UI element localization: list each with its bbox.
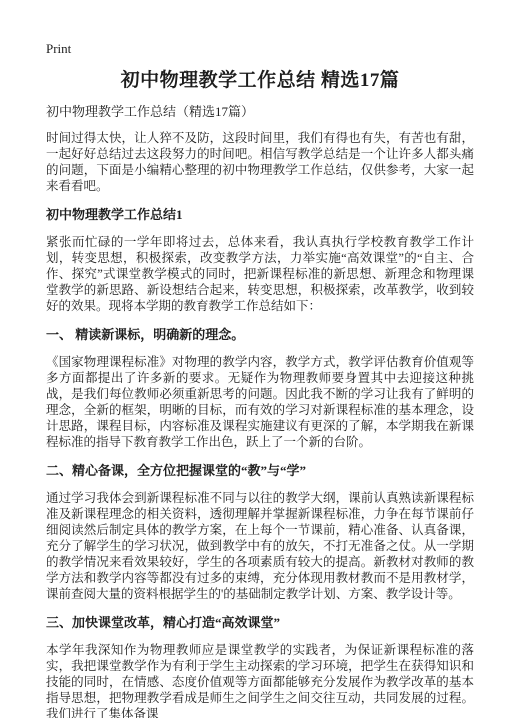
print-link[interactable]: Print (46, 41, 71, 56)
article-heading-1: 初中物理教学工作总结1 (46, 206, 474, 224)
section-heading-three: 三、加快课堂改革，精心打造“高效课堂” (46, 614, 474, 632)
page-title: 初中物理教学工作总结 精选17篇 (46, 70, 474, 92)
section-heading-two: 二、精心备课，全方位把握课堂的“教”与“学” (46, 462, 474, 480)
section-one-paragraph: 《国家物理课程标准》对物理的教学内容，教学方式，教学评估教育价值观等多方面都提出… (46, 354, 474, 450)
intro-paragraph: 时间过得太快，让人猝不及防，这段时间里，我们有得也有失，有苦也有甜，一起好好总结… (46, 130, 474, 194)
article-intro-paragraph: 紧张而忙碌的一学年即将过去，总体来看，我认真执行学校教育教学工作计划，转变思想，… (46, 234, 474, 314)
document-page: Print 初中物理教学工作总结 精选17篇 初中物理教学工作总结（精选17篇）… (0, 0, 520, 718)
section-heading-one: 一、 精读新课标，明确新的理念。 (46, 326, 474, 344)
document-subtitle: 初中物理教学工作总结（精选17篇） (46, 103, 474, 120)
section-two-paragraph: 通过学习我体会到新课程标准不同与以往的教学大纲，课前认真熟读新课程标准及新课程理… (46, 490, 474, 602)
section-three-paragraph: 本学年我深知作为物理教师应是课堂教学的实践者，为保证新课程标准的落实，我把课堂教… (46, 642, 474, 718)
